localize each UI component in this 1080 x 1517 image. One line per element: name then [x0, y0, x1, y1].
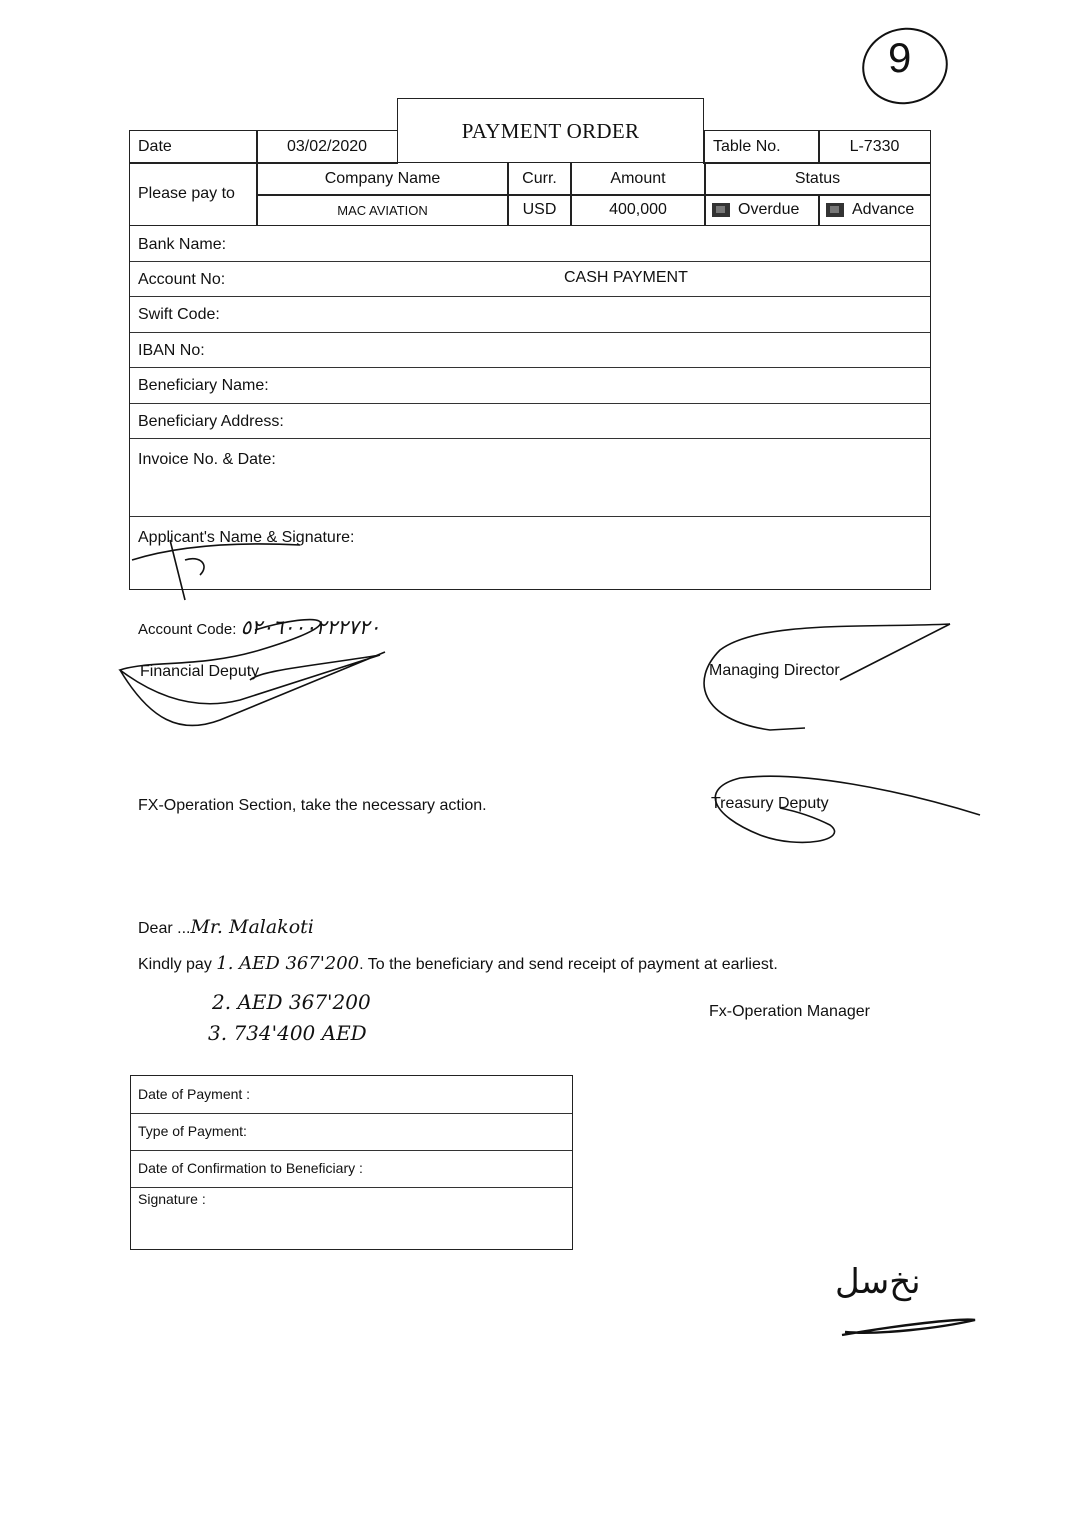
signature-label: Signature : [138, 1191, 206, 1207]
signature-row[interactable]: Signature : [131, 1187, 572, 1249]
table-no-label: Table No. [704, 130, 820, 164]
beneficiary-address-label: Beneficiary Address: [138, 413, 284, 430]
payment-details-table: Bank Name: Account No:CASH PAYMENT Swift… [129, 226, 931, 590]
type-of-payment-row[interactable]: Type of Payment: [131, 1113, 572, 1151]
kindly-pay-line: Kindly pay 1. AED 367'200. To the benefi… [138, 953, 778, 974]
amount-header: Amount [570, 162, 706, 196]
kindly-pay-label: Kindly pay [138, 956, 212, 973]
amount-value-text: 400,000 [609, 201, 667, 219]
company-value-text: MAC AVIATION [337, 203, 428, 218]
iban-row[interactable]: IBAN No: [130, 332, 930, 368]
invoice-row[interactable]: Invoice No. & Date: [130, 438, 930, 517]
confirmation-date-row[interactable]: Date of Confirmation to Beneficiary : [131, 1150, 572, 1188]
company-header-text: Company Name [325, 170, 441, 188]
fx-operation-manager: Fx-Operation Manager [709, 1003, 870, 1021]
bank-name-row[interactable]: Bank Name: [130, 226, 930, 262]
fx-instruction: FX-Operation Section, take the necessary… [138, 797, 487, 815]
advance-label: Advance [852, 201, 914, 219]
bank-name-label: Bank Name: [138, 236, 226, 253]
account-code: Account Code: ٥٢٠٦٠٠٠٢٢٢٧٢٠ [138, 615, 380, 639]
managing-director-label: Managing Director [709, 662, 840, 680]
account-no-label: Account No: [138, 271, 225, 288]
overdue-checkbox[interactable] [712, 203, 730, 217]
currency-header-text: Curr. [522, 170, 557, 188]
beneficiary-name-row[interactable]: Beneficiary Name: [130, 367, 930, 404]
date-value-text: 03/02/2020 [287, 138, 367, 156]
footer-underline [842, 1320, 975, 1335]
table-no-value[interactable]: L-7330 [818, 130, 931, 164]
date-of-payment-label: Date of Payment : [138, 1086, 250, 1102]
company-name-header: Company Name [256, 162, 509, 196]
receipt-table: Date of Payment : Type of Payment: Date … [130, 1075, 573, 1250]
pay-line-3: 3. 734'400 AED [208, 1021, 367, 1045]
table-no-value-text: L-7330 [850, 138, 900, 156]
pay-to-label: Please pay to [129, 162, 258, 226]
header-table: Date 03/02/2020 Table No. L-7330 Please … [129, 130, 931, 226]
amount-header-text: Amount [610, 170, 665, 188]
date-label: Date [129, 130, 258, 164]
dear-label: Dear [138, 920, 173, 937]
swift-code-label: Swift Code: [138, 306, 220, 323]
date-label-text: Date [138, 138, 172, 156]
invoice-label: Invoice No. & Date: [138, 451, 276, 468]
dear-line: Dear ...Mr. Malakoti [138, 916, 314, 938]
status-header-text: Status [795, 170, 840, 188]
company-name-value[interactable]: MAC AVIATION [256, 194, 509, 226]
beneficiary-address-row[interactable]: Beneficiary Address: [130, 403, 930, 439]
type-of-payment-label: Type of Payment: [138, 1123, 247, 1139]
status-header: Status [704, 162, 931, 196]
account-code-label: Account Code: [138, 621, 236, 638]
kindly-pay-rest: . To the beneficiary and send receipt of… [359, 956, 778, 973]
financial-deputy-label: Financial Deputy [140, 663, 259, 681]
treasury-deputy-label: Treasury Deputy [711, 795, 829, 813]
date-of-payment-row[interactable]: Date of Payment : [131, 1076, 572, 1114]
overdue-label: Overdue [738, 201, 799, 219]
status-advance[interactable]: Advance [818, 194, 931, 226]
page-number: 9 [888, 34, 911, 82]
pay-line-1: 1. AED 367'200 [216, 953, 359, 974]
confirmation-date-label: Date of Confirmation to Beneficiary : [138, 1160, 363, 1176]
swift-code-row[interactable]: Swift Code: [130, 296, 930, 333]
currency-value-text: USD [523, 201, 557, 219]
account-code-value: ٥٢٠٦٠٠٠٢٢٢٧٢٠ [241, 615, 381, 639]
account-no-row[interactable]: Account No:CASH PAYMENT [130, 261, 930, 297]
status-overdue[interactable]: Overdue [704, 194, 820, 226]
footer-signature: نخ‌سل [835, 1262, 921, 1302]
pay-to-label-text: Please pay to [138, 185, 235, 203]
currency-header: Curr. [507, 162, 572, 196]
dear-name: Mr. Malakoti [190, 916, 313, 938]
advance-checkbox[interactable] [826, 203, 844, 217]
applicant-label: Applicant's Name & Signature: [138, 529, 355, 546]
amount-value[interactable]: 400,000 [570, 194, 706, 226]
iban-label: IBAN No: [138, 342, 205, 359]
table-no-label-text: Table No. [713, 138, 781, 156]
beneficiary-name-label: Beneficiary Name: [138, 377, 269, 394]
date-value[interactable]: 03/02/2020 [256, 130, 398, 164]
currency-value[interactable]: USD [507, 194, 572, 226]
account-no-value: CASH PAYMENT [564, 259, 688, 297]
pay-line-2: 2. AED 367'200 [212, 990, 371, 1014]
applicant-row[interactable]: Applicant's Name & Signature: [130, 516, 930, 588]
